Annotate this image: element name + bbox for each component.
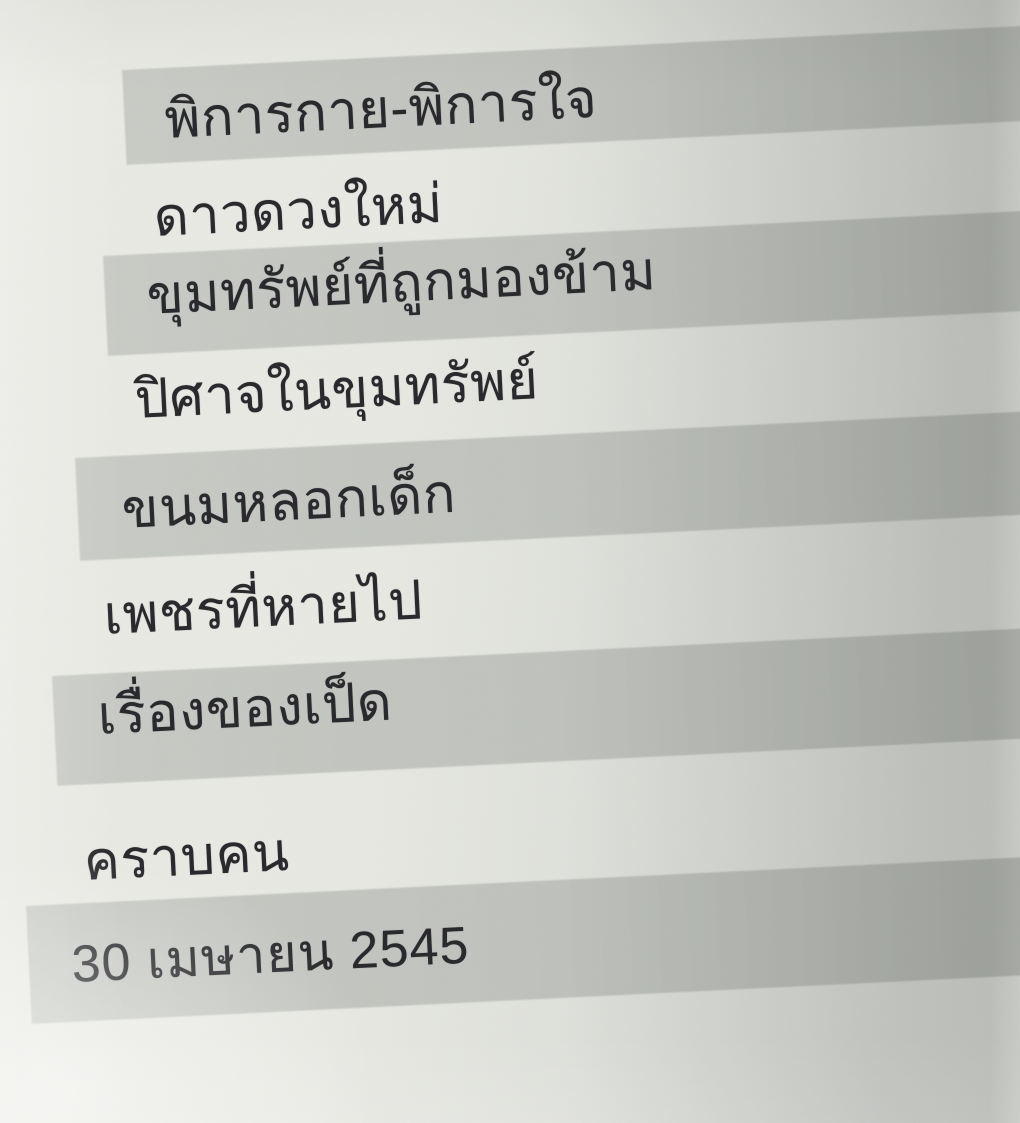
toc-entry: ดาวดวงใหม่ xyxy=(152,168,445,255)
toc-entry: ปิศาจในขุมทรัพย์ xyxy=(133,344,540,437)
toc-entry: เพชรที่หายไป xyxy=(102,564,424,652)
toc-entry: คราบคน xyxy=(82,816,291,899)
book-page-photo: พิการกาย-พิการใจ ดาวดวงใหม่ ขุมทรัพย์ที่… xyxy=(0,0,1020,1123)
toc-entry: เรื่องของเป็ด xyxy=(96,666,394,753)
